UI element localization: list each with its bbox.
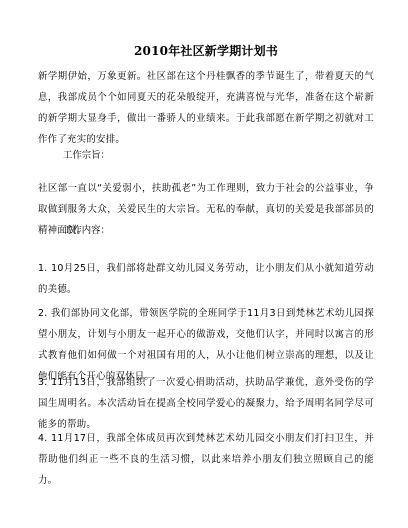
document-title: 2010年社区新学期计划书 (38, 42, 374, 59)
list-item-1: 1. 10月25日，我们部将赴群文幼儿园义务劳动，让小朋友们从小就知道劳动的美德… (38, 258, 374, 300)
intro-paragraph: 新学期伊始，万象更新。社区部在这个丹桂飘香的季节诞生了，带着夏天的气息，我部成员… (38, 66, 374, 150)
list-item-4: 4. 11月17日，我部全体成员再次到梵林艺术幼儿园交小朋友们打扫卫生，并帮助他… (38, 428, 374, 491)
content-heading: 工作内容： (63, 224, 110, 238)
purpose-heading: 工作宗旨： (63, 149, 110, 163)
list-item-3: 3. 11月13日，我部组织了一次爱心捐助活动，扶助品学兼优，意外受伤的学国生周… (38, 372, 374, 435)
